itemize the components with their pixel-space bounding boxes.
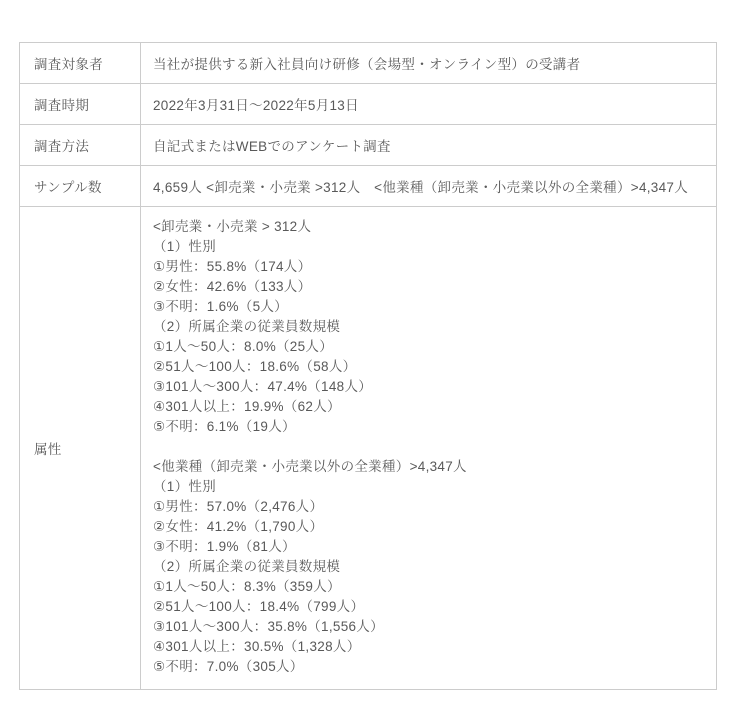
survey-info-table: 調査対象者 当社が提供する新入社員向け研修（会場型・オンライン型）の受講者 調査… [19,42,717,690]
row-value-survey-target: 当社が提供する新入社員向け研修（会場型・オンライン型）の受講者 [141,43,717,84]
attr-line-unknown: ③不明：1.6%（5人） [153,297,706,317]
attr-line-size-101-300-2: ③101人～300人：35.8%（1,556人） [153,617,706,637]
row-value-survey-period: 2022年3月31日～2022年5月13日 [141,84,717,125]
attr-line-company-size-heading: （2）所属企業の従業員数規模 [153,317,706,337]
attr-line-size-301-plus-2: ④301人以上：30.5%（1,328人） [153,637,706,657]
attr-line-other-industries-header: <他業種（卸売業・小売業以外の全業種）>4,347人 [153,457,706,477]
attr-line-size-unknown-2: ⑤不明：7.0%（305人） [153,657,706,677]
table-row-sample-size: サンプル数 4,659人 <卸売業・小売業 >312人 <他業種（卸売業・小売業… [20,166,717,207]
attr-line-size-51-100: ②51人～100人：18.6%（58人） [153,357,706,377]
table-row-attributes: 属性 <卸売業・小売業 > 312人 （1）性別 ①男性：55.8%（174人）… [20,207,717,690]
attr-line-female: ②女性：42.6%（133人） [153,277,706,297]
row-value-survey-method: 自記式またはWEBでのアンケート調査 [141,125,717,166]
attr-line-size-301-plus: ④301人以上：19.9%（62人） [153,397,706,417]
row-label-attributes: 属性 [20,207,141,690]
attr-line-male-2: ①男性：57.0%（2,476人） [153,497,706,517]
row-label-survey-target: 調査対象者 [20,43,141,84]
row-value-sample-size: 4,659人 <卸売業・小売業 >312人 <他業種（卸売業・小売業以外の全業種… [141,166,717,207]
attr-line-size-101-300: ③101人～300人：47.4%（148人） [153,377,706,397]
attr-line-female-2: ②女性：41.2%（1,790人） [153,517,706,537]
page: 調査対象者 当社が提供する新入社員向け研修（会場型・オンライン型）の受講者 調査… [0,0,740,728]
table-row-survey-method: 調査方法 自記式またはWEBでのアンケート調査 [20,125,717,166]
attr-line-company-size-heading-2: （2）所属企業の従業員数規模 [153,557,706,577]
attr-line-size-1-50: ①1人～50人：8.0%（25人） [153,337,706,357]
row-label-survey-method: 調査方法 [20,125,141,166]
attr-line-unknown-2: ③不明：1.9%（81人） [153,537,706,557]
row-label-survey-period: 調査時期 [20,84,141,125]
attr-line-size-51-100-2: ②51人～100人：18.4%（799人） [153,597,706,617]
table-row-survey-period: 調査時期 2022年3月31日～2022年5月13日 [20,84,717,125]
attr-line-gender-heading: （1）性別 [153,237,706,257]
attributes-cell: <卸売業・小売業 > 312人 （1）性別 ①男性：55.8%（174人） ②女… [141,207,717,690]
attr-line-size-unknown: ⑤不明：6.1%（19人） [153,417,706,437]
attr-line-blank [153,437,706,457]
attr-line-wholesale-header: <卸売業・小売業 > 312人 [153,217,706,237]
attr-line-gender-heading-2: （1）性別 [153,477,706,497]
attr-line-size-1-50-2: ①1人～50人：8.3%（359人） [153,577,706,597]
attr-line-male: ①男性：55.8%（174人） [153,257,706,277]
row-label-sample-size: サンプル数 [20,166,141,207]
table-row-survey-target: 調査対象者 当社が提供する新入社員向け研修（会場型・オンライン型）の受講者 [20,43,717,84]
